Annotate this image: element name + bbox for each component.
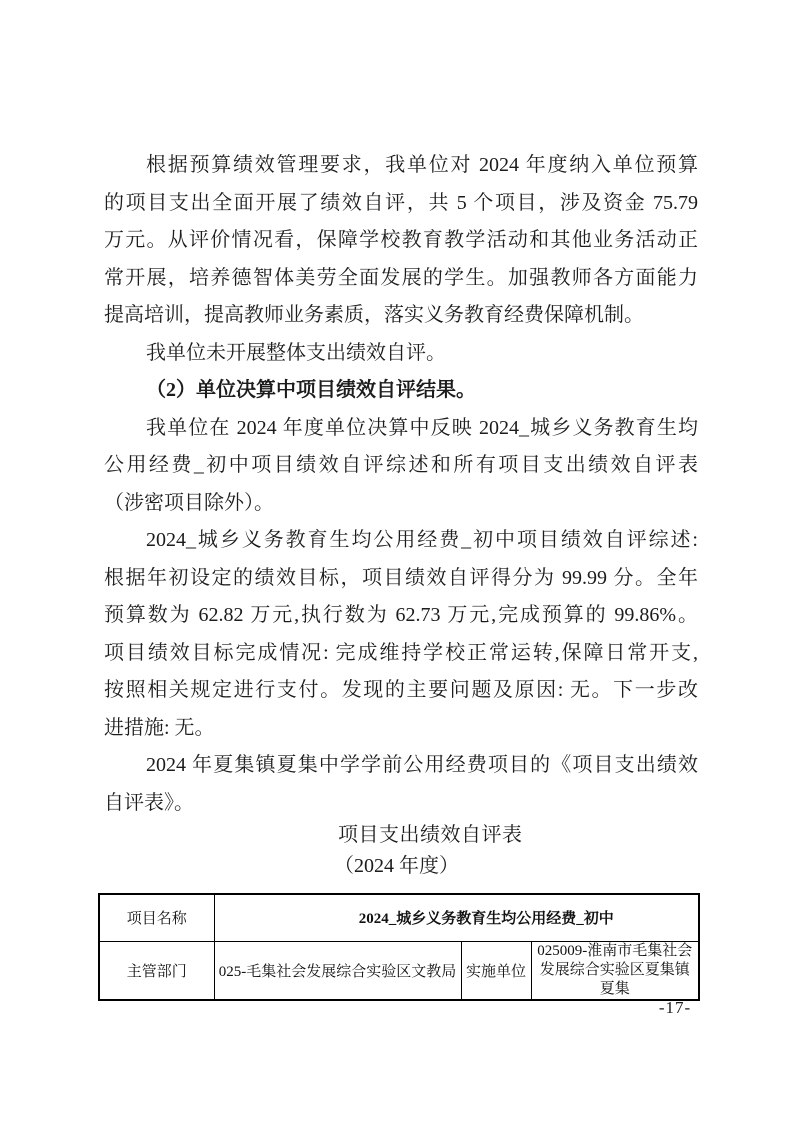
body-line: 的项目支出全面开展了绩效自评，共 5 个项目，涉及资金 75.79 — [104, 185, 698, 223]
dept-label: 主管部门 — [99, 941, 214, 1000]
project-name-value: 2024_城乡义务教育生均公用经费_初中 — [214, 894, 699, 941]
body-line: 项目绩效目标完成情况: 完成维持学校正常运转,保障日常开支, — [104, 635, 698, 673]
body-line: 万元。从评价情况看，保障学校教育教学活动和其他业务活动正 — [104, 222, 698, 260]
table-row: 项目名称 2024_城乡义务教育生均公用经费_初中 — [99, 894, 699, 941]
body-line: 2024_城乡义务教育生均公用经费_初中项目绩效自评综述: — [104, 522, 698, 560]
table-title: 项目支出绩效自评表 — [338, 820, 523, 850]
impl-unit-label: 实施单位 — [461, 941, 531, 1000]
body-line: 根据预算绩效管理要求，我单位对 2024 年度纳入单位预算 — [104, 147, 698, 185]
body-text-block: 根据预算绩效管理要求，我单位对 2024 年度纳入单位预算 的项目支出全面开展了… — [104, 147, 698, 822]
body-line: 预算数为 62.82 万元,执行数为 62.73 万元,完成预算的 99.86%… — [104, 597, 698, 635]
body-line: （涉密项目除外）。 — [104, 485, 698, 523]
page-number: -17- — [650, 998, 700, 1018]
dept-value: 025-毛集社会发展综合实验区文教局 — [214, 941, 461, 1000]
body-line: 我单位未开展整体支出绩效自评。 — [104, 335, 698, 373]
section-heading: （2）单位决算中项目绩效自评结果。 — [104, 372, 698, 410]
self-evaluation-table: 项目名称 2024_城乡义务教育生均公用经费_初中 主管部门 025-毛集社会发… — [98, 893, 700, 1001]
table-row: 主管部门 025-毛集社会发展综合实验区文教局 实施单位 025009-淮南市毛… — [99, 941, 699, 1000]
body-line: 我单位在 2024 年度单位决算中反映 2024_城乡义务教育生均 — [104, 410, 698, 448]
body-line: 按照相关规定进行支付。发现的主要问题及原因: 无。下一步改 — [104, 672, 698, 710]
body-line: 常开展，培养德智体美劳全面发展的学生。加强教师各方面能力 — [104, 260, 698, 298]
body-line: 提高培训，提高教师业务素质，落实义务教育经费保障机制。 — [104, 297, 698, 335]
body-line: 2024 年夏集镇夏集中学学前公用经费项目的《项目支出绩效 — [104, 747, 698, 785]
body-line: 自评表》。 — [104, 785, 698, 823]
table-subtitle: （2024 年度） — [334, 851, 459, 881]
impl-unit-value: 025009-淮南市毛集社会发展综合实验区夏集镇夏集 — [531, 941, 699, 1000]
body-line: 根据年初设定的绩效目标，项目绩效自评得分为 99.99 分。全年 — [104, 560, 698, 598]
document-page: 根据预算绩效管理要求，我单位对 2024 年度纳入单位预算 的项目支出全面开展了… — [0, 0, 793, 1122]
body-line: 进措施: 无。 — [104, 710, 698, 748]
body-line: 公用经费_初中项目绩效自评综述和所有项目支出绩效自评表 — [104, 447, 698, 485]
project-name-label: 项目名称 — [99, 894, 214, 941]
